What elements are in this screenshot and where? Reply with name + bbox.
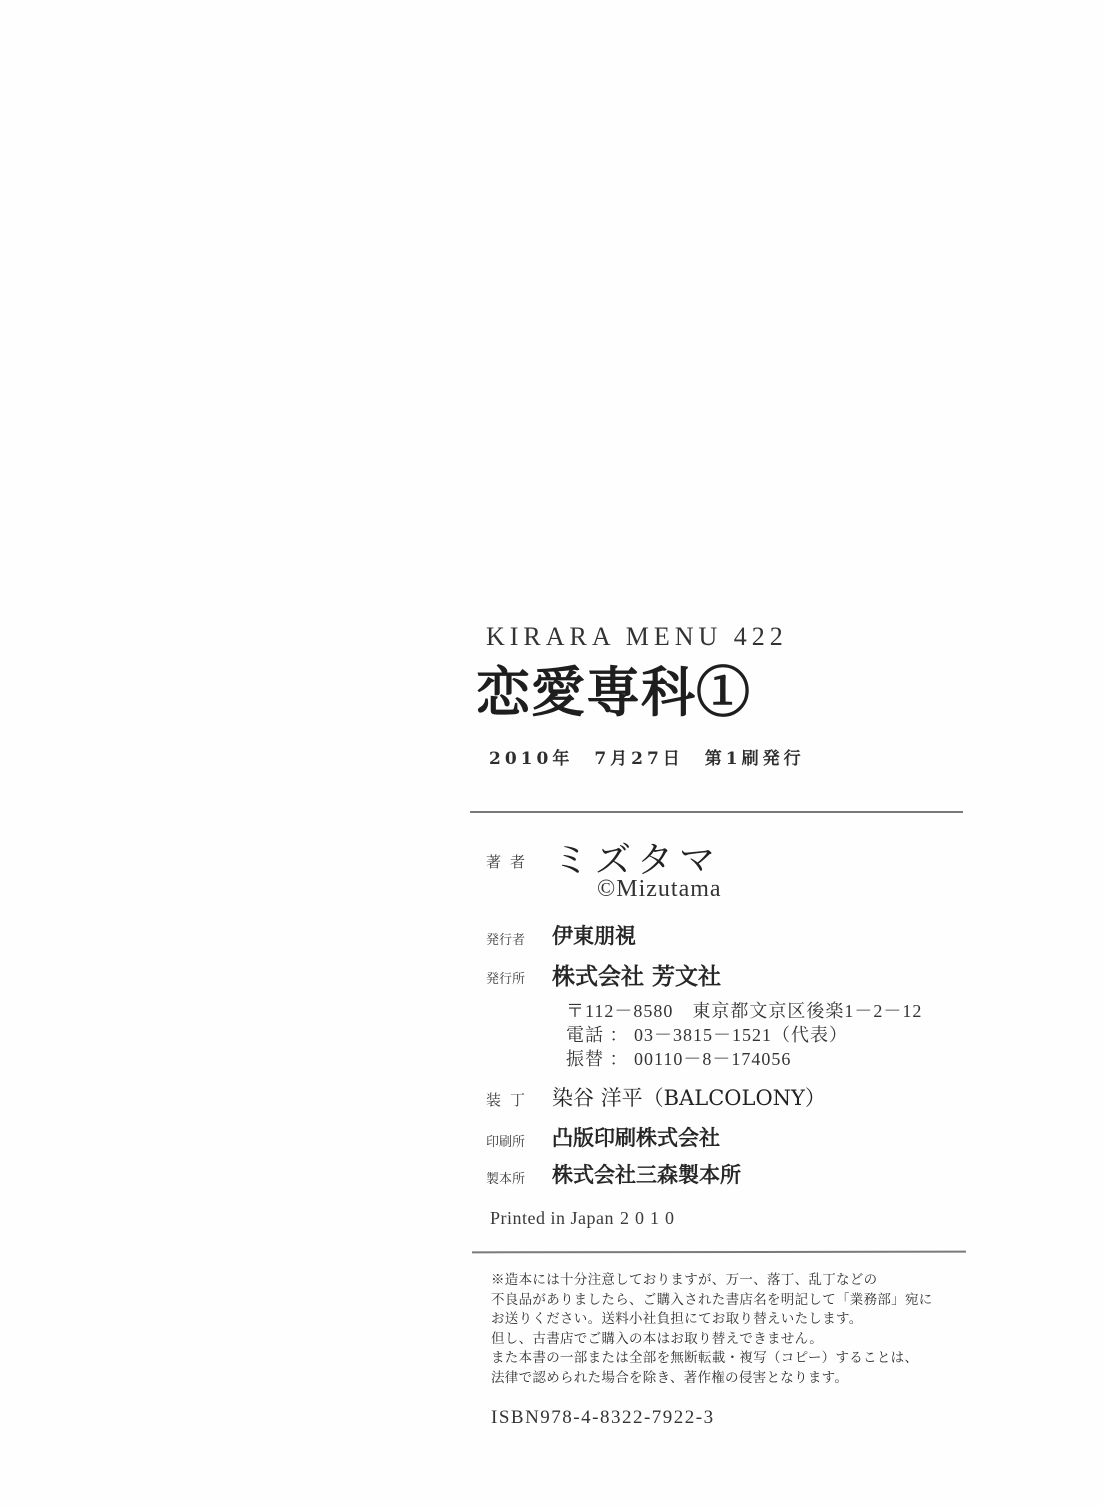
publisher-phone: 電話 ： 03－3815－1521（代表）	[566, 1021, 848, 1047]
bottom-divider	[472, 1251, 966, 1254]
notice-line: お送りください。送料小社負担にてお取り替えいたします。	[491, 1310, 933, 1330]
publisher-person-name: 伊東朋視	[552, 920, 636, 950]
top-divider	[470, 811, 963, 813]
publisher-person-label: 発行者	[486, 929, 525, 948]
publisher-transfer-account: 振替 ： 00110－8－174056	[566, 1045, 791, 1071]
publication-date: 2010年 7月27日 第1刷発行	[489, 744, 805, 769]
binder-label: 製本所	[486, 1168, 525, 1187]
printer-label: 印刷所	[486, 1131, 525, 1150]
publishing-house-label: 発行所	[486, 968, 525, 987]
notice-line: 法律で認められた場合を除き、著作権の侵害となります。	[491, 1369, 933, 1389]
author-label: 著者	[486, 851, 534, 872]
copyright-notice: ©Mizutama	[597, 876, 722, 903]
design-label: 装丁	[486, 1089, 534, 1110]
book-title: 恋愛専科①	[476, 660, 751, 724]
printed-year: 2010	[620, 1208, 680, 1228]
binder-name: 株式会社三森製本所	[552, 1159, 741, 1189]
printed-in-japan: Printed in Japan2010	[490, 1208, 680, 1229]
publishing-house-name: 株式会社 芳文社	[552, 958, 721, 991]
notice-line: また本書の一部または全部を無断転載・複写（コピー）することは、	[491, 1349, 933, 1369]
isbn: ISBN978-4-8322-7922-3	[491, 1407, 715, 1429]
notice-line: 不良品がありましたら、ご購入された書店名を明記して「業務部」宛に	[491, 1291, 933, 1311]
series-label: KIRARA MENU 422	[486, 622, 788, 652]
printer-name: 凸版印刷株式会社	[552, 1122, 720, 1152]
notice-line: 但し、古書店でご購入の本はお取り替えできません。	[491, 1330, 933, 1350]
printed-in-text: Printed in Japan	[490, 1208, 614, 1228]
notice-line: ※造本には十分注意しておりますが、万一、落丁、乱丁などの	[491, 1271, 933, 1291]
defect-and-copyright-notice: ※造本には十分注意しておりますが、万一、落丁、乱丁などの 不良品がありましたら、…	[491, 1271, 933, 1389]
publisher-address: 〒112－8580 東京都文京区後楽1－2－12	[566, 997, 922, 1023]
designer-name: 染谷 洋平（BALCOLONY）	[552, 1082, 826, 1112]
